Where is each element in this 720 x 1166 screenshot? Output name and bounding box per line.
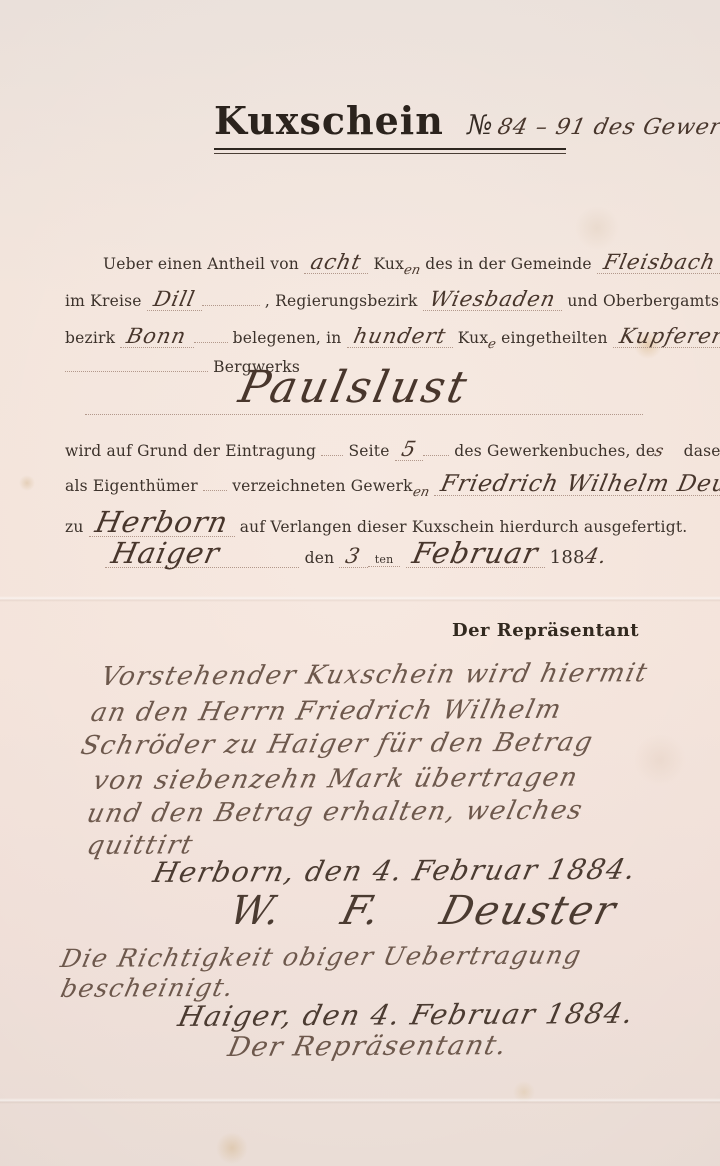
printed-text: wird auf Grund der Eintragung: [65, 442, 316, 460]
fold-crease: [0, 1098, 720, 1104]
printed-text: Seite: [348, 442, 389, 460]
handwritten-district: Dill: [151, 287, 197, 311]
fill-share-count: acht: [304, 255, 368, 274]
handwritten-community: Fleisbach: [601, 250, 718, 274]
printed-text: als Eigenthümer: [65, 477, 198, 495]
fill-line-blank: [203, 476, 227, 491]
printed-text: belegenen, in: [233, 329, 342, 347]
printed-text: verzeichneten Gewerk: [232, 477, 413, 495]
printed-text: eingetheilten: [501, 329, 608, 347]
handwritten-owner-name: Friedrich Wilhelm Deuster: [438, 471, 720, 497]
title-underline: [214, 148, 566, 154]
certification-dateline: Haiger, den 4. Februar 1884.: [175, 997, 638, 1033]
handwritten-suffix: en: [402, 263, 421, 278]
certification-signature: Der Repräsentant.: [225, 1030, 511, 1063]
handwritten-issue-place: Haiger: [108, 536, 223, 570]
printed-text: Ueber einen Antheil von: [103, 255, 299, 273]
fold-crease: [0, 596, 720, 602]
number-label: №: [467, 110, 493, 141]
document-header: Kuxschein № 84 – 91 des Gewerkenbuchs.: [214, 98, 720, 143]
fill-line-blank: [202, 291, 260, 306]
handwritten-year-digit: 4.: [582, 544, 609, 568]
transfer-note-line: und den Betrag erhalten, welches: [84, 796, 586, 829]
fill-owner-name: Friedrich Wilhelm Deuster: [434, 477, 720, 496]
handwritten-register-page: 5: [399, 437, 418, 461]
printed-text: des Gewerkenbuches, de: [454, 442, 655, 460]
form-line-5: wird auf Grund der Eintragung Seite 5 de…: [65, 437, 720, 461]
transfer-note-line: Vorstehender Kuxschein wird hiermit: [98, 658, 651, 692]
handwritten-region: Wiesbaden: [427, 287, 558, 311]
mine-name-rule: [85, 400, 643, 415]
fill-community: Fleisbach: [597, 255, 720, 274]
transfer-dateline: Herborn, den 4. Februar 1884.: [150, 853, 640, 889]
handwritten-total-shares: hundert: [351, 324, 448, 348]
fill-issue-month: Februar: [406, 549, 545, 568]
printed-year-prefix: 188: [550, 547, 585, 568]
printed-text: auf Verlangen dieser Kuxschein hierdurch…: [240, 518, 688, 536]
fill-total-shares: hundert: [347, 329, 453, 348]
printed-text: des in der Gemeinde: [425, 255, 592, 273]
printed-text: im Kreise: [65, 292, 142, 310]
printed-text: zu: [65, 518, 84, 536]
form-line-2: im Kreise Dill , Regierungsbezirk Wiesba…: [65, 287, 720, 311]
document-title: Kuxschein: [214, 98, 444, 143]
printed-text: den: [305, 549, 335, 567]
handwritten-owner-residence: Herborn: [92, 505, 231, 539]
handwritten-ore-type: Kupfererz-: [617, 324, 720, 348]
handwritten-certificate-number: 84 – 91 des Gewerkenbuchs.: [498, 115, 720, 140]
fill-district: Dill: [147, 292, 202, 311]
certificate-page: Kuxschein № 84 – 91 des Gewerkenbuchs. U…: [0, 0, 720, 1166]
printed-text: , Regierungsbezirk: [265, 292, 418, 310]
form-line-1: Ueber einen Antheil von acht Kuxen des i…: [103, 250, 720, 278]
certification-line: bescheinigt.: [58, 973, 237, 1003]
printed-ordinal-suffix: ten: [368, 553, 401, 567]
printed-text: Kux: [458, 329, 489, 347]
form-line-3: bezirk Bonn belegenen, in hundert Kuxe e…: [65, 324, 720, 352]
fill-region: Wiesbaden: [423, 292, 563, 311]
handwritten-suffix: en: [411, 485, 430, 500]
form-line-7: zu Herborn auf Verlangen dieser Kuxschei…: [65, 505, 687, 539]
certification-line: Die Richtigkeit obiger Uebertragung: [58, 940, 585, 973]
printed-text: bezirk: [65, 329, 115, 347]
transfer-note-line: an den Herrn Friedrich Wilhelm: [88, 695, 565, 728]
handwritten-share-count: acht: [309, 250, 364, 274]
printed-text: Kux: [373, 255, 404, 273]
handwritten-issue-month: Februar: [409, 536, 541, 570]
transfer-note-line: Schröder zu Haiger für den Betrag: [78, 727, 596, 761]
fill-mining-office: Bonn: [120, 329, 193, 348]
transfer-note-line: von siebenzehn Mark übertragen: [90, 763, 581, 796]
fill-line-blank: [321, 441, 343, 456]
fill-owner-residence: Herborn: [89, 518, 235, 537]
form-line-6: als Eigenthümer verzeichneten Gewerken F…: [65, 471, 720, 500]
representative-heading: Der Repräsentant: [452, 620, 639, 641]
fill-register-page: 5: [395, 442, 423, 461]
handwritten-mining-office: Bonn: [125, 324, 189, 348]
printed-text: und Oberbergamts-: [567, 292, 720, 310]
handwritten-suffix: e: [487, 337, 498, 352]
fill-line-blank: [65, 357, 208, 372]
issue-dateline: Haiger den 3ten Februar 1884.: [105, 536, 607, 570]
handwritten-suffix: s: [653, 441, 666, 460]
printed-text: daselbst: [684, 442, 720, 460]
transferor-signature: W. F. Deuster: [225, 888, 622, 934]
fill-ore-type: Kupfererz-: [613, 329, 720, 348]
handwritten-issue-day: 3: [344, 544, 363, 568]
fill-line-blank: [423, 441, 449, 456]
fill-issue-place: Haiger: [105, 549, 299, 568]
fill-line-blank: [194, 328, 228, 343]
fill-issue-day: 3: [339, 549, 367, 568]
